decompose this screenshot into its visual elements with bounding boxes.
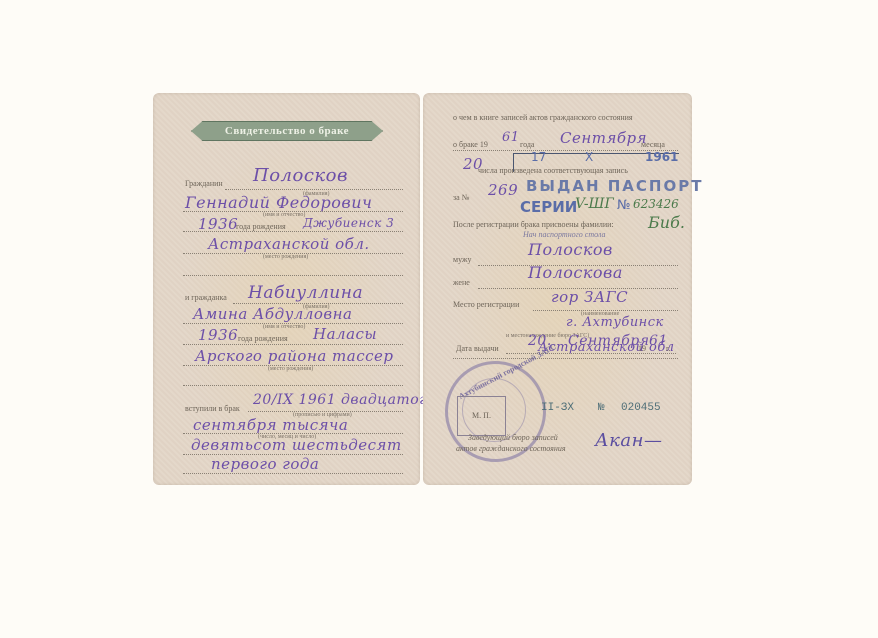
issue-year-prefix: 19: [638, 344, 646, 353]
bride-birth-place-caption: (место рождения): [268, 366, 313, 372]
stamp-year: 1961: [645, 150, 678, 164]
certificate-series: II-ЗХ: [541, 402, 574, 414]
registration-place-label: Место регистрации: [453, 300, 519, 309]
certificate-number: 020455: [621, 402, 661, 414]
record-header: о чем в книге записей актов гражданского…: [453, 113, 633, 122]
groom-birth-place-1: Джубиенск 3: [303, 216, 394, 230]
issue-year: 61: [649, 333, 668, 349]
groom-birth-place-2: Астраханской обл.: [208, 235, 370, 253]
faded-stamp-text: Нач паспортного стола: [523, 230, 606, 239]
marriage-date-line-1: 20/IX 1961 двадцатого: [253, 392, 436, 408]
certificate-title-banner: Свидетельство о браке: [191, 121, 383, 141]
stamp-day: 17: [531, 150, 546, 164]
issue-year-suffix: г.: [666, 344, 670, 353]
marriage-year: 61: [502, 130, 520, 145]
entered-marriage-label: вступили в брак: [185, 404, 240, 413]
passport-issued-stamp: ВЫДАН ПАСПОРТ: [526, 177, 703, 195]
issue-date-label: Дата выдачи: [456, 344, 499, 353]
record-number: 269: [488, 181, 518, 199]
citizen-label: Гражданин: [185, 179, 223, 188]
citizeness-label: и гражданка: [185, 293, 227, 302]
bride-birth-place-1: Наласы: [313, 325, 377, 343]
marriage-month: Сентября: [560, 129, 647, 147]
passport-no-label: №: [617, 198, 631, 213]
certificate-right-page: о чем в книге записей актов гражданского…: [423, 93, 692, 485]
month-label: месяца: [641, 140, 665, 149]
marriage-date-line-2: сентября тысяча: [193, 416, 348, 434]
birth-year-label: года рождения: [236, 222, 286, 231]
head-signature: Акан—: [595, 430, 662, 451]
bride-birth-place-2: Арского района тассер: [195, 347, 394, 365]
bride-surname: Набиуллина: [248, 283, 363, 303]
head-label-1: Заведующий бюро записей: [468, 433, 558, 442]
passport-series-label: СЕРИИ: [520, 198, 577, 216]
wife-label: жене: [453, 278, 470, 287]
stamp-month: X: [585, 150, 593, 164]
marriage-date-line-4: первого года: [211, 455, 319, 473]
passport-signature: Биб.: [648, 213, 685, 232]
year-label: года: [520, 140, 534, 149]
husband-label: мужу: [453, 255, 471, 264]
certificate-number-label: №: [598, 402, 605, 414]
marriage-year-label: о браке 19: [453, 140, 488, 149]
bride-birth-year-label: года рождения: [238, 334, 288, 343]
after-registration-label: После регистрации брака присвоены фамили…: [453, 220, 614, 229]
day-label: числа произведена соответствующая запись: [478, 166, 628, 175]
registration-place-1: гор ЗАГС: [551, 288, 628, 306]
passport-number: 623426: [633, 197, 679, 211]
wife-surname: Полоскова: [528, 263, 623, 282]
certificate-left-page: Свидетельство о браке Гражданин Полосков…: [153, 93, 420, 485]
marriage-date-line-3: девятьсот шестьдесят: [191, 436, 402, 454]
bride-birth-year: 1936: [198, 326, 238, 344]
groom-surname: Полосков: [253, 165, 348, 186]
name-caption: (имя и отчество): [263, 212, 305, 218]
bride-name-caption: (имя и отчество): [263, 324, 305, 330]
seal-place-box: М. П.: [457, 396, 506, 436]
record-no-label: за №: [453, 193, 469, 202]
groom-name: Геннадий Федорович: [185, 193, 372, 212]
registration-place-2: г. Ахтубинск: [566, 315, 664, 330]
head-label-2: актов гражданского состояния: [456, 444, 566, 453]
husband-surname: Полосков: [528, 240, 613, 259]
birth-place-caption: (место рождения): [263, 254, 308, 260]
bride-name: Амина Абдулловна: [193, 305, 352, 323]
passport-series: V-ШГ: [575, 196, 614, 212]
